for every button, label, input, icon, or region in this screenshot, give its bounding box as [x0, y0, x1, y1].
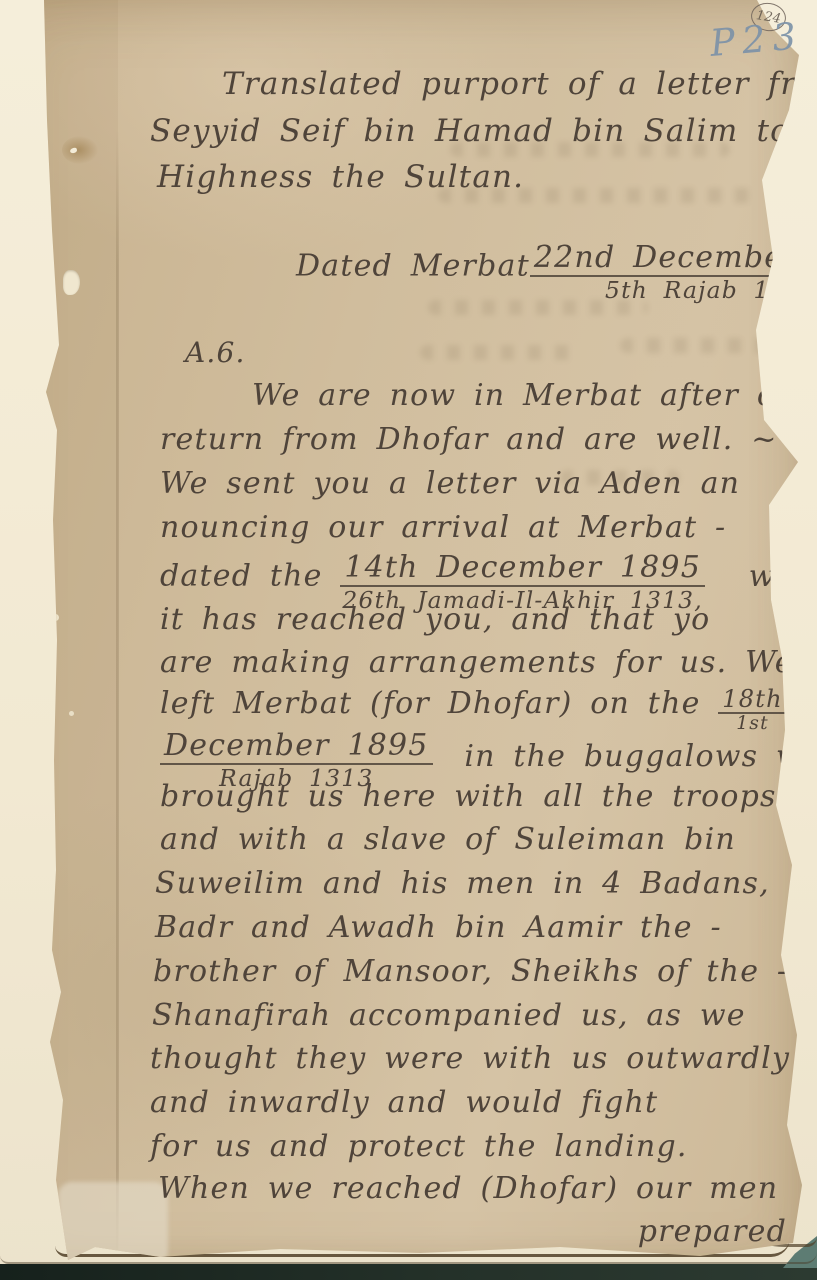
ink-bleed-through — [620, 338, 770, 353]
body-line-with-dates: left Merbat (for Dhofar) on the 18th1st … — [160, 686, 817, 734]
body-line: When we reached (Dhofar) our men — [158, 1171, 778, 1206]
gregorian-date: December 1895 — [160, 730, 433, 765]
fold-shadow — [44, 0, 118, 1260]
heading-line-2: Seyyid Seif bin Hamad bin Salim to His — [150, 113, 817, 149]
scan-background-strip — [0, 1264, 817, 1280]
flourish: ~ — [805, 686, 817, 721]
body-line: brought us here with all the troops, — [160, 779, 787, 814]
paper-stain — [62, 136, 98, 164]
body-line: are making arrangements for us. We — [160, 645, 794, 680]
body-line: brother of Mansoor, Sheikhs of the - — [153, 954, 788, 989]
body-line: We are now in Merbat after our — [252, 378, 812, 413]
fold-crease — [116, 130, 119, 1260]
gregorian-date: 14th December 1895 — [340, 552, 705, 587]
body-line: for us and protect the landing. — [150, 1129, 688, 1164]
body-line: thought they were with us outwardly — [150, 1041, 790, 1076]
body-line: nouncing our arrival at Merbat - — [160, 510, 726, 545]
body-line: Shanafirah accompanied us, as we — [152, 998, 746, 1033]
hijri-date: 5th Rajab 1313. — [530, 277, 817, 303]
repair-patch — [58, 1182, 168, 1266]
body-line: and with a slave of Suleiman bin — [160, 822, 736, 857]
reference-mark: A.6. — [185, 336, 246, 369]
body-line: return from Dhofar and are well. ~ — [160, 422, 778, 457]
body-line: Suweilim and his men in 4 Badans, — [155, 866, 770, 901]
gregorian-date: 22nd December 1895 — [530, 242, 817, 277]
heading-line-1: Translated purport of a letter from — [222, 66, 817, 102]
body-line: Badr and Awadh bin Aamir the - — [155, 910, 722, 945]
dateline-dates: 22nd December 18955th Rajab 1313. — [530, 242, 817, 302]
body-line: and inwardly and would fight — [150, 1085, 658, 1120]
body-text: dated the — [160, 559, 323, 594]
body-text: in the buggalows which — [464, 739, 817, 774]
worm-hole — [69, 711, 74, 716]
catchword: prepared — [638, 1214, 787, 1249]
body-text: we hop — [749, 559, 817, 594]
gregorian-date: 18th — [718, 687, 786, 714]
page-ref-pencil: P23 — [708, 14, 804, 65]
dateline: Dated Merbat22nd December 18955th Rajab … — [296, 242, 817, 302]
body-text: left Merbat (for Dhofar) on the — [160, 686, 701, 721]
body-line: We sent you a letter via Aden an — [160, 466, 740, 501]
document-scan: Translated purport of a letter from Seyy… — [0, 0, 817, 1280]
inline-date-fraction: 18th1st — [718, 687, 786, 734]
letter-page: Translated purport of a letter from Seyy… — [0, 0, 817, 1280]
worm-hole — [52, 614, 59, 621]
dateline-prefix: Dated Merbat — [296, 249, 530, 284]
ink-bleed-through — [420, 345, 580, 360]
body-line: it has reached you, and that yo — [160, 602, 710, 637]
heading-line-3: Highness the Sultan. — [157, 159, 524, 195]
